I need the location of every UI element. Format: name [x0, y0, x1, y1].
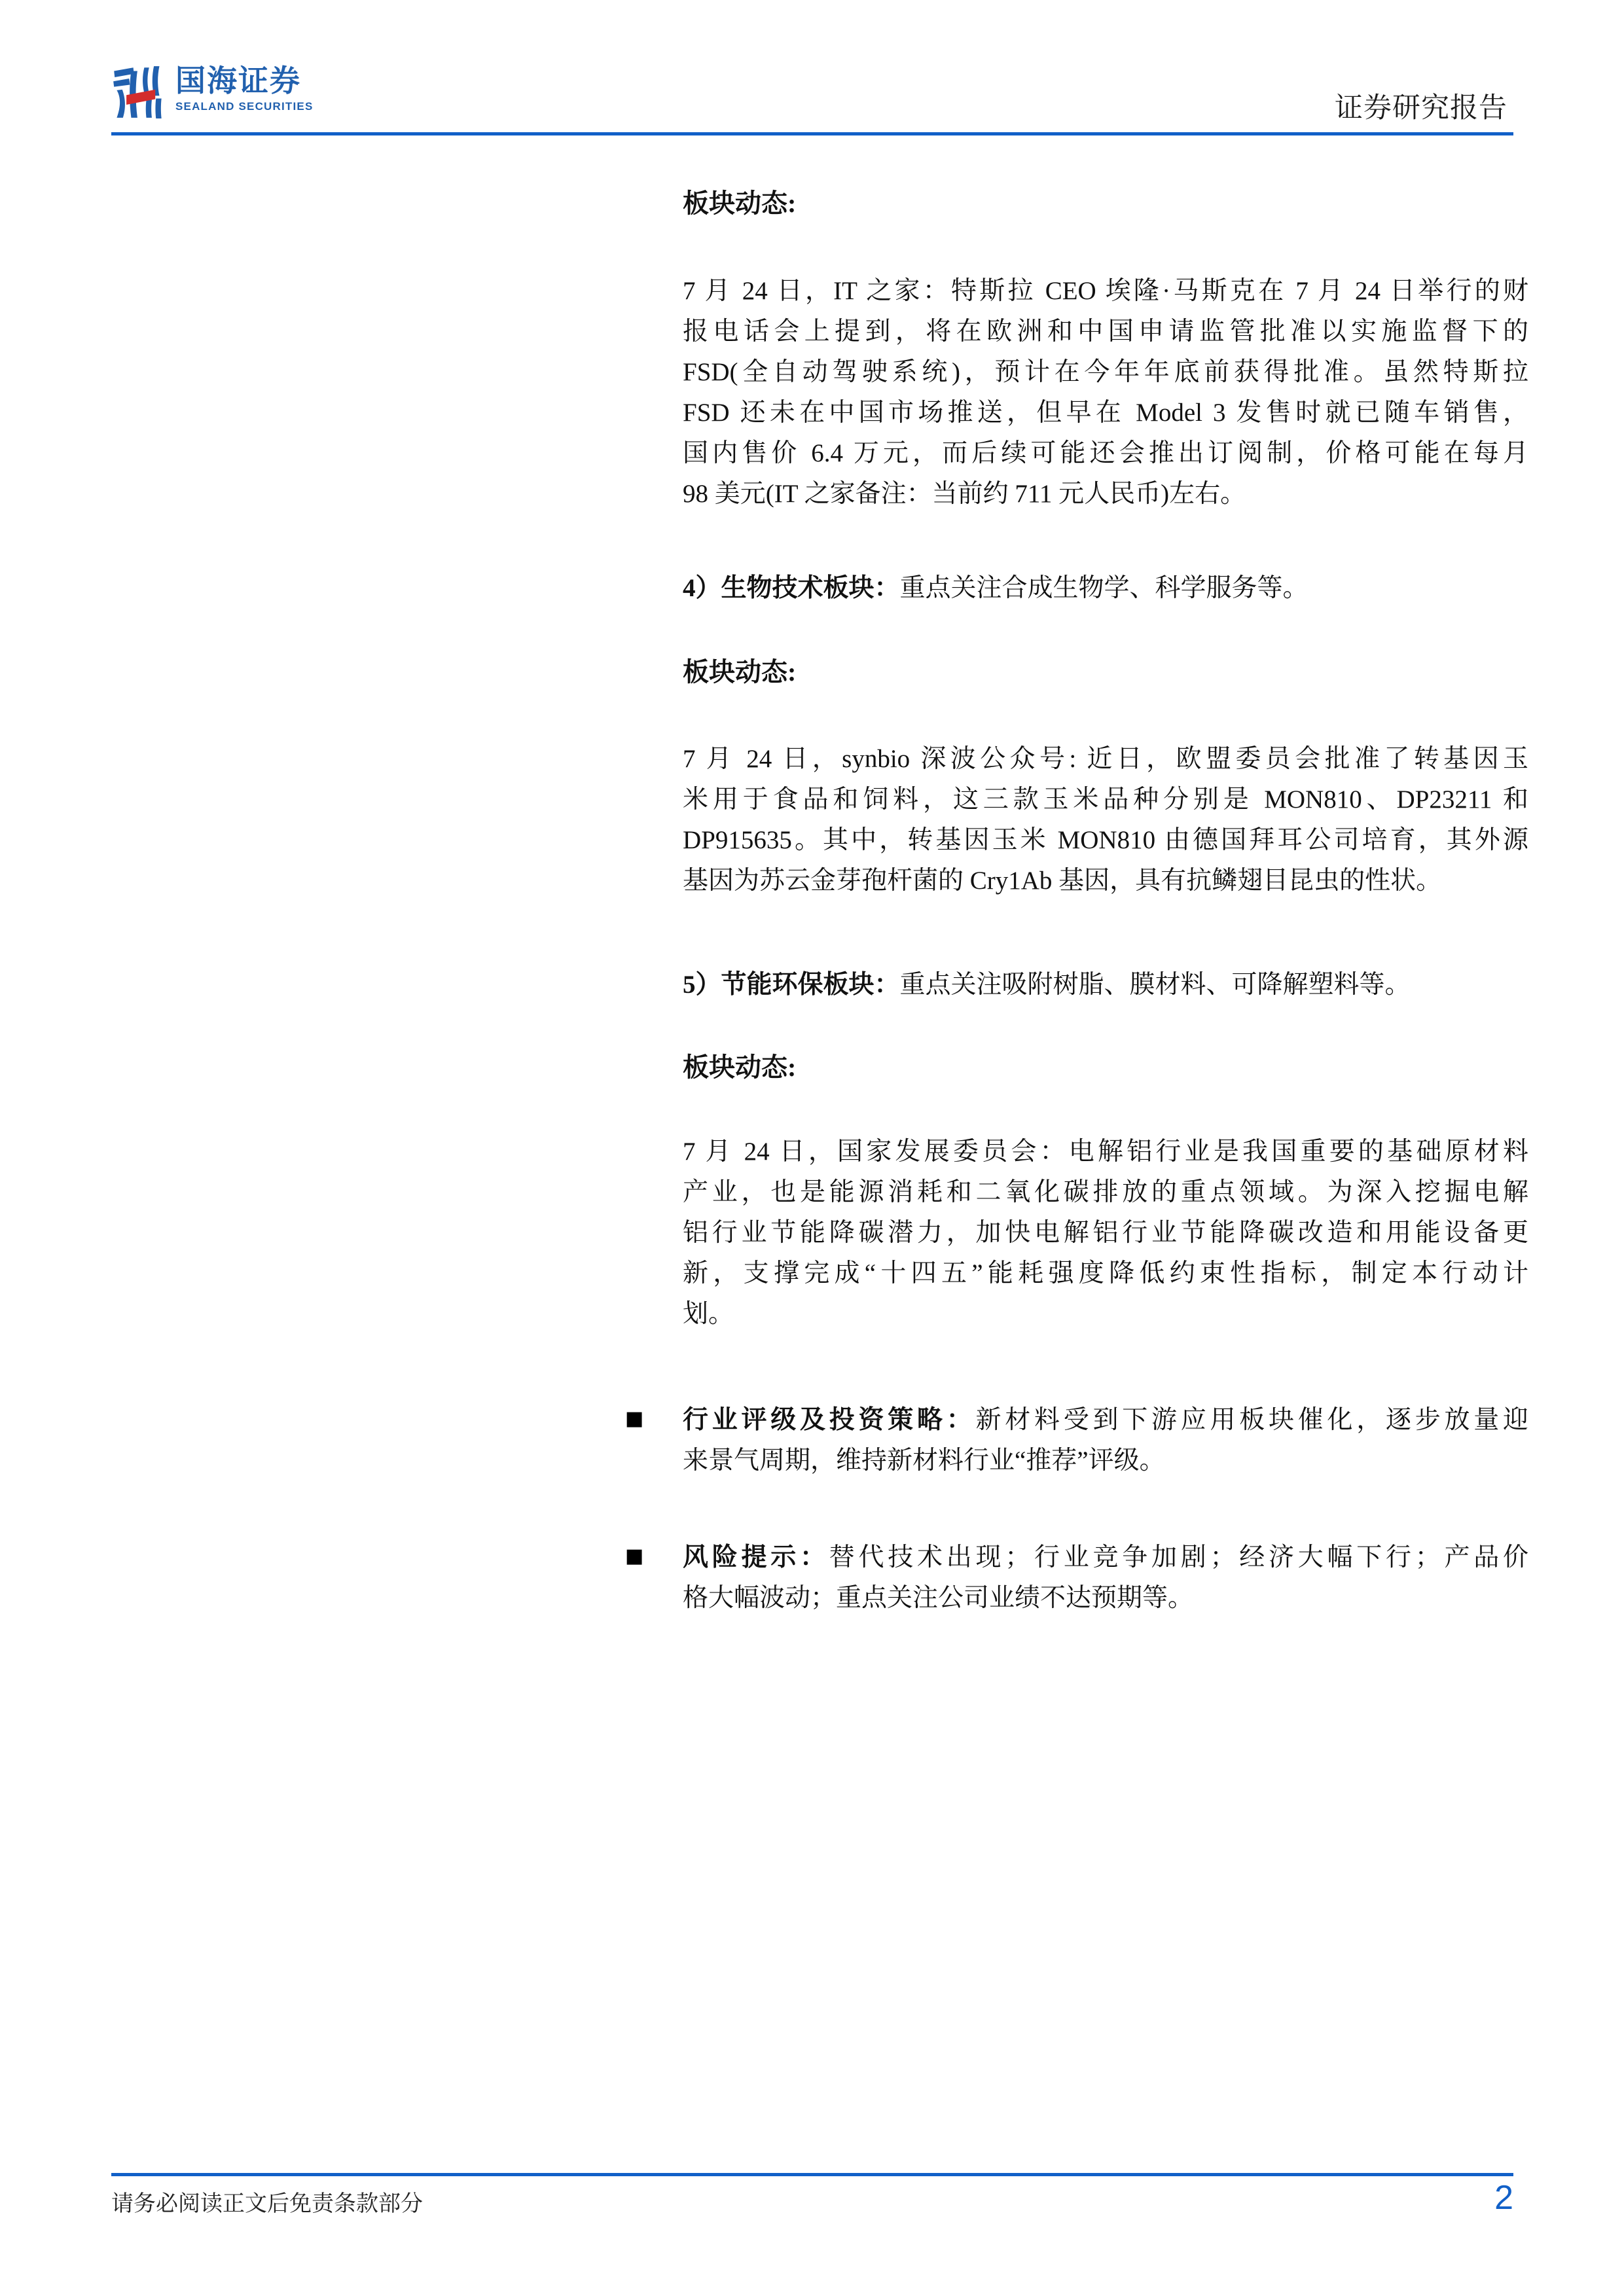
- paragraph-aluminum-plan-lastline: 划。: [683, 1294, 1528, 1335]
- logo-text: 国海证券 SEALAND SECURITIES: [175, 64, 314, 114]
- section-energy-lead: 5）节能环保板块：: [683, 971, 900, 999]
- bullet-industry-rating-lead: 行业评级及投资策略：: [683, 1406, 976, 1434]
- bullet-industry-rating-lastline: 来景气周期，维持新材料行业“推荐”评级。: [683, 1441, 1528, 1481]
- sealand-logo: 国海证券 SEALAND SECURITIES: [113, 64, 314, 119]
- report-type-label: 证券研究报告: [1335, 92, 1507, 126]
- section-energy-text: 重点关注吸附树脂、膜材料、可降解塑料等。: [900, 971, 1411, 999]
- logo-company-name-en: SEALAND SECURITIES: [175, 99, 314, 114]
- section-biotech-heading: 4）生物技术板块：重点关注合成生物学、科学服务等。: [683, 568, 1528, 609]
- paragraph-aluminum-plan: 7 月 24 日，国家发展委员会：电解铝行业是我国重要的基础原材料 产业，也是能…: [683, 1132, 1528, 1335]
- bullet-risk-warning: ■ 风险提示：替代技术出现；行业竞争加剧；经济大幅下行；产品价格大幅波动；重点关…: [625, 1537, 1528, 1619]
- paragraph-synbio-corn-lines: 7 月 24 日，synbio 深波公众号: 近日，欧盟委员会批准了转基因玉 米…: [683, 739, 1528, 861]
- bullet-risk-warning-lead: 风险提示：: [683, 1543, 829, 1571]
- sealand-logo-icon: [113, 64, 165, 119]
- footer-divider: [111, 2173, 1513, 2176]
- paragraph-aluminum-plan-lines: 7 月 24 日，国家发展委员会：电解铝行业是我国重要的基础原材料 产业，也是能…: [683, 1132, 1528, 1294]
- report-page: 国海证券 SEALAND SECURITIES 证券研究报告 板块动态: 7 月…: [0, 0, 1624, 2296]
- logo-company-name: 国海证券: [175, 64, 314, 97]
- paragraph-synbio-corn-lastline: 基因为苏云金芽孢杆菌的 Cry1Ab 基因，具有抗鳞翅目昆虫的性状。: [683, 861, 1528, 901]
- bullet-square-icon: ■: [625, 1400, 683, 1481]
- section-biotech-lead: 4）生物技术板块：: [683, 574, 900, 602]
- bullet-risk-warning-text: 风险提示：替代技术出现；行业竞争加剧；经济大幅下行；产品价格大幅波动；重点关注公…: [683, 1537, 1528, 1619]
- footer-disclaimer: 请务必阅读正文后免责条款部分: [111, 2190, 423, 2219]
- bullet-industry-rating-text: 行业评级及投资策略：新材料受到下游应用板块催化，逐步放量迎来景气周期，维持新材料…: [683, 1400, 1528, 1481]
- paragraph-tesla-fsd: 7 月 24 日，IT 之家：特斯拉 CEO 埃隆·马斯克在 7 月 24 日举…: [683, 271, 1528, 514]
- section-energy-heading: 5）节能环保板块：重点关注吸附树脂、膜材料、可降解塑料等。: [683, 965, 1528, 1005]
- section-dynamics-heading-2: 板块动态:: [683, 657, 1528, 687]
- page-number: 2: [1494, 2179, 1513, 2216]
- paragraph-synbio-corn: 7 月 24 日，synbio 深波公众号: 近日，欧盟委员会批准了转基因玉 米…: [683, 739, 1528, 901]
- section-dynamics-heading-1: 板块动态:: [683, 188, 1528, 219]
- header-divider: [111, 132, 1513, 135]
- section-biotech-text: 重点关注合成生物学、科学服务等。: [900, 574, 1308, 602]
- section-dynamics-heading-3: 板块动态:: [683, 1052, 1528, 1083]
- bullet-risk-warning-firstline: 风险提示：替代技术出现；行业竞争加剧；经济大幅下行；产品价: [683, 1537, 1528, 1578]
- bullet-risk-warning-body: 替代技术出现；行业竞争加剧；经济大幅下行；产品价: [829, 1543, 1528, 1571]
- bullet-industry-rating: ■ 行业评级及投资策略：新材料受到下游应用板块催化，逐步放量迎来景气周期，维持新…: [625, 1400, 1528, 1481]
- bullet-industry-rating-firstline: 行业评级及投资策略：新材料受到下游应用板块催化，逐步放量迎: [683, 1400, 1528, 1441]
- bullet-industry-rating-body: 新材料受到下游应用板块催化，逐步放量迎: [976, 1406, 1528, 1434]
- bullet-risk-warning-lastline: 格大幅波动；重点关注公司业绩不达预期等。: [683, 1578, 1528, 1619]
- paragraph-tesla-fsd-lines: 7 月 24 日，IT 之家：特斯拉 CEO 埃隆·马斯克在 7 月 24 日举…: [683, 271, 1528, 474]
- bullet-square-icon: ■: [625, 1537, 683, 1619]
- paragraph-tesla-fsd-lastline: 98 美元(IT 之家备注：当前约 711 元人民币)左右。: [683, 474, 1528, 514]
